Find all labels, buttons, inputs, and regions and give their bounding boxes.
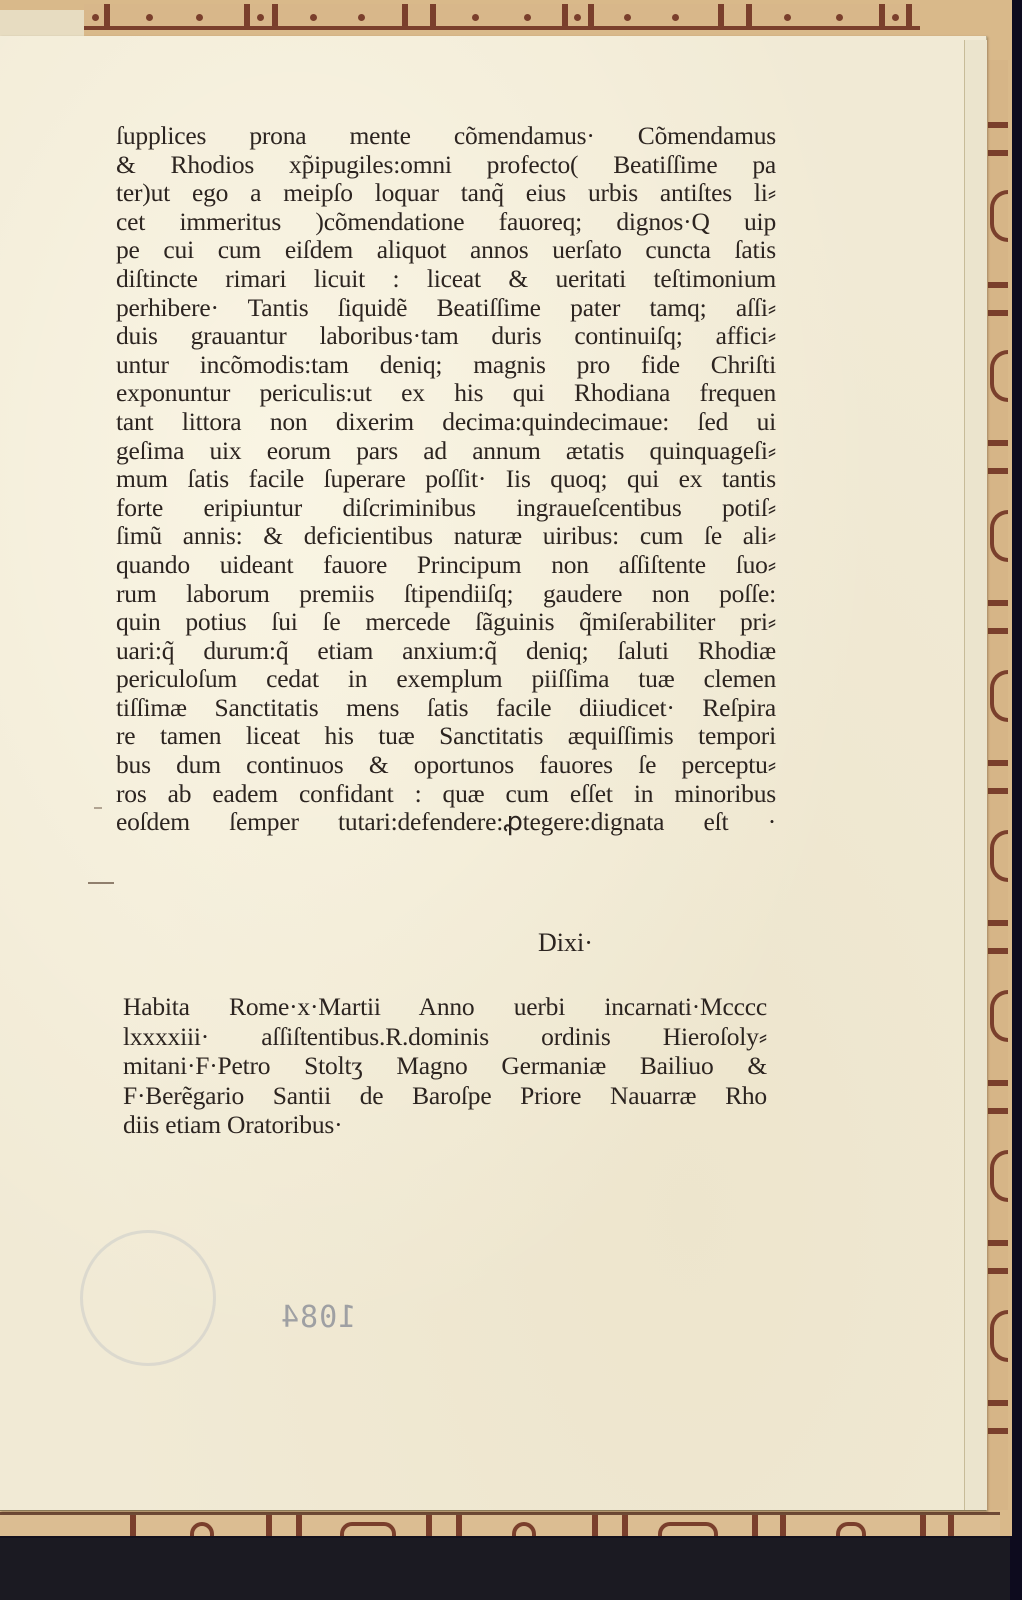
border-divider: [130, 1515, 136, 1536]
border-dot-icon: [358, 14, 365, 21]
border-divider: [988, 760, 1008, 766]
border-divider: [562, 4, 568, 26]
border-divider: [988, 440, 1008, 446]
border-scroll-motif-icon: [990, 350, 1008, 402]
border-divider: [402, 4, 408, 26]
border-divider: [456, 1515, 462, 1536]
border-dot-icon: [574, 14, 581, 21]
border-divider: [588, 4, 594, 26]
text-line: cet immeritus )cõmendatione fauoreq; dig…: [116, 208, 776, 237]
border-divider: [988, 1400, 1008, 1406]
text-line: eoſdem ſemper tutari:defendere:ꝓtegere:d…: [116, 808, 776, 837]
border-scroll-motif-icon: [990, 830, 1008, 882]
text-line: tant littora non dixerim decima:quindeci…: [116, 408, 776, 437]
border-divider: [592, 1515, 598, 1536]
text-line: duis grauantur laboribus·tam duris conti…: [116, 322, 776, 351]
leaf-fore-edge: [964, 40, 987, 1510]
border-dot-icon: [672, 14, 679, 21]
border-divider: [988, 468, 1008, 474]
border-scroll-motif-icon: [990, 670, 1008, 722]
text-line: pe cui cum eiſdem aliquot annos uerſato …: [116, 236, 776, 265]
border-dot-icon: [472, 14, 479, 21]
margin-mark: [88, 882, 114, 884]
colophon: Habita Rome·x·Martii Anno uerbi incarnat…: [123, 992, 767, 1140]
border-dot-icon: [146, 14, 153, 21]
text-line: quin potius ſui ſe mercede ſãguinis q̃mi…: [116, 608, 776, 637]
text-line: ſupplices prona mente cõmendamus· Cõmend…: [116, 122, 776, 151]
text-line: periculoſum cedat in exemplum piiſſima t…: [116, 665, 776, 694]
text-line: untur incõmodis:tam deniq; magnis pro fi…: [116, 351, 776, 380]
border-divider: [988, 122, 1008, 128]
text-line: tiſſimæ Sanctitatis mens ſatis facile di…: [116, 694, 776, 723]
border-dot-icon: [836, 14, 843, 21]
binding-left-strip: [0, 10, 84, 36]
border-divider: [988, 788, 1008, 794]
border-scroll-motif-icon: [990, 990, 1008, 1042]
border-divider: [988, 1268, 1008, 1274]
colophon-line: F·Berẽgario Santii de Baroſpe Priore Nau…: [123, 1081, 767, 1111]
border-bell-motif-icon: [836, 1522, 866, 1536]
border-double-loop-motif-icon: [340, 1522, 396, 1536]
border-divider: [988, 920, 1008, 926]
border-divider: [272, 4, 278, 26]
colophon-line: mitani·F·Petro Stoltʒ Magno Germaniæ Bai…: [123, 1051, 767, 1081]
margin-mark: [94, 807, 102, 809]
border-divider: [948, 1515, 954, 1536]
binding-top-border: [84, 4, 920, 30]
border-divider: [988, 628, 1008, 634]
border-divider: [906, 4, 912, 26]
border-divider: [746, 4, 752, 26]
text-line: ros ab eadem confidant : quæ cum eſſet i…: [116, 780, 776, 809]
scan-backdrop-bottom: [0, 1538, 1022, 1600]
colophon-line: diis etiam Oratoribus·: [123, 1110, 767, 1140]
text-line: forte eripiuntur diſcriminibus ingraueſc…: [116, 494, 776, 523]
text-line: uari:q̃ durum:q̃ etiam anxium:q̃ deniq; …: [116, 637, 776, 666]
border-dot-icon: [196, 14, 203, 21]
border-scroll-motif-icon: [990, 1310, 1008, 1362]
border-divider: [266, 1515, 272, 1536]
border-divider: [104, 4, 110, 26]
border-dot-icon: [92, 14, 99, 21]
border-divider: [988, 282, 1008, 288]
text-line: perhibere· Tantis ſiquidẽ Beatiſſime pat…: [116, 294, 776, 323]
border-scroll-motif-icon: [990, 510, 1008, 562]
border-divider: [988, 1108, 1008, 1114]
border-divider: [988, 150, 1008, 156]
border-divider: [988, 1240, 1008, 1246]
border-divider: [296, 1515, 302, 1536]
border-dot-icon: [892, 14, 899, 21]
binding-right-border: [988, 60, 1008, 1510]
text-line: diſtincte rimari licuit : liceat & uerit…: [116, 265, 776, 294]
shelfmark-number: 1084: [280, 1300, 356, 1335]
border-divider: [430, 4, 436, 26]
border-divider: [988, 1080, 1008, 1086]
text-line: rum laborum premiis ſtipendiiſq; gaudere…: [116, 580, 776, 609]
border-divider: [988, 310, 1008, 316]
border-divider: [426, 1515, 432, 1536]
border-divider: [752, 1515, 758, 1536]
text-line: & Rhodios xp̃ipugiles:omni profecto( Bea…: [116, 151, 776, 180]
border-scroll-motif-icon: [990, 190, 1008, 242]
closing-word: Dixi·: [538, 928, 593, 958]
border-divider: [879, 4, 885, 26]
binding-bottom-border: [0, 1512, 1000, 1536]
text-line: ſimũ annis: & deficientibus naturæ uirib…: [116, 522, 776, 551]
border-dot-icon: [784, 14, 791, 21]
text-line: mum ſatis facile ſuperare poſſit· Iis qu…: [116, 465, 776, 494]
border-dot-icon: [257, 14, 264, 21]
text-line: exponuntur periculis:ut ex his qui Rhodi…: [116, 379, 776, 408]
body-text: ſupplices prona mente cõmendamus· Cõmend…: [116, 122, 776, 837]
border-double-loop-motif-icon: [658, 1522, 718, 1536]
border-divider: [988, 600, 1008, 606]
faded-library-stamp: [80, 1230, 216, 1366]
border-divider: [718, 4, 724, 26]
text-line: geſima uix eorum pars ad annum ætatis qu…: [116, 437, 776, 466]
text-line: quando uideant fauore Principum non aſſi…: [116, 551, 776, 580]
border-divider: [988, 948, 1008, 954]
border-dot-icon: [624, 14, 631, 21]
border-divider: [920, 1515, 926, 1536]
border-scroll-motif-icon: [990, 1150, 1008, 1202]
border-divider: [988, 1428, 1008, 1434]
text-line: re tamen liceat his tuæ Sanctitatis æqui…: [116, 722, 776, 751]
border-bell-motif-icon: [512, 1522, 536, 1536]
text-line: ter)ut ego a meipſo loquar tanq̃ eius ur…: [116, 179, 776, 208]
border-dot-icon: [310, 14, 317, 21]
border-divider: [780, 1515, 786, 1536]
text-line: bus dum continuos & oportunos fauores ſe…: [116, 751, 776, 780]
colophon-line: lxxxxiii· aſſiſtentibus.R.dominis ordini…: [123, 1022, 767, 1052]
border-bell-motif-icon: [190, 1522, 214, 1536]
border-dot-icon: [524, 14, 531, 21]
border-divider: [244, 4, 250, 26]
colophon-line: Habita Rome·x·Martii Anno uerbi incarnat…: [123, 992, 767, 1022]
border-divider: [622, 1515, 628, 1536]
